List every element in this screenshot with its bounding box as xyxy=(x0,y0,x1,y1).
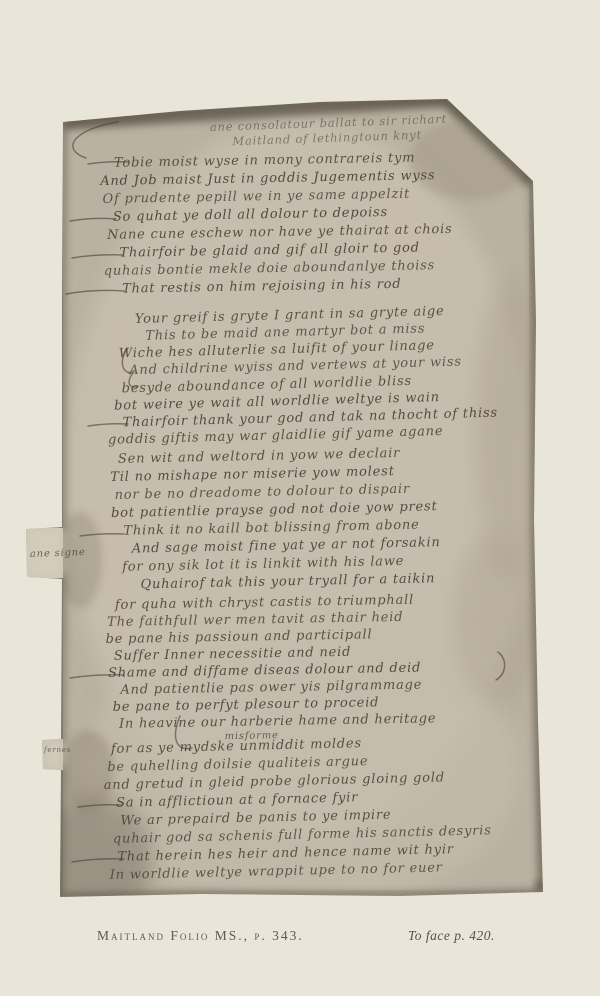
stain-right-lower xyxy=(453,535,537,705)
book-page: ane consolatour ballat to sir richart Ma… xyxy=(0,0,600,996)
margin-note-upper: ane signe xyxy=(30,547,86,560)
plate-caption: Maitland Folio MS., p. 343. To face p. 4… xyxy=(0,928,600,952)
manuscript-plate-photo: ane consolatour ballat to sir richart Ma… xyxy=(0,0,600,996)
caption-facing-page: To face p. 420. xyxy=(408,928,495,944)
margin-tab-lower xyxy=(41,739,63,770)
stain-left-lower xyxy=(62,730,114,814)
margin-note-lower: fernes xyxy=(43,746,71,754)
caption-plate-title: Maitland Folio MS., p. 343. xyxy=(97,928,304,944)
